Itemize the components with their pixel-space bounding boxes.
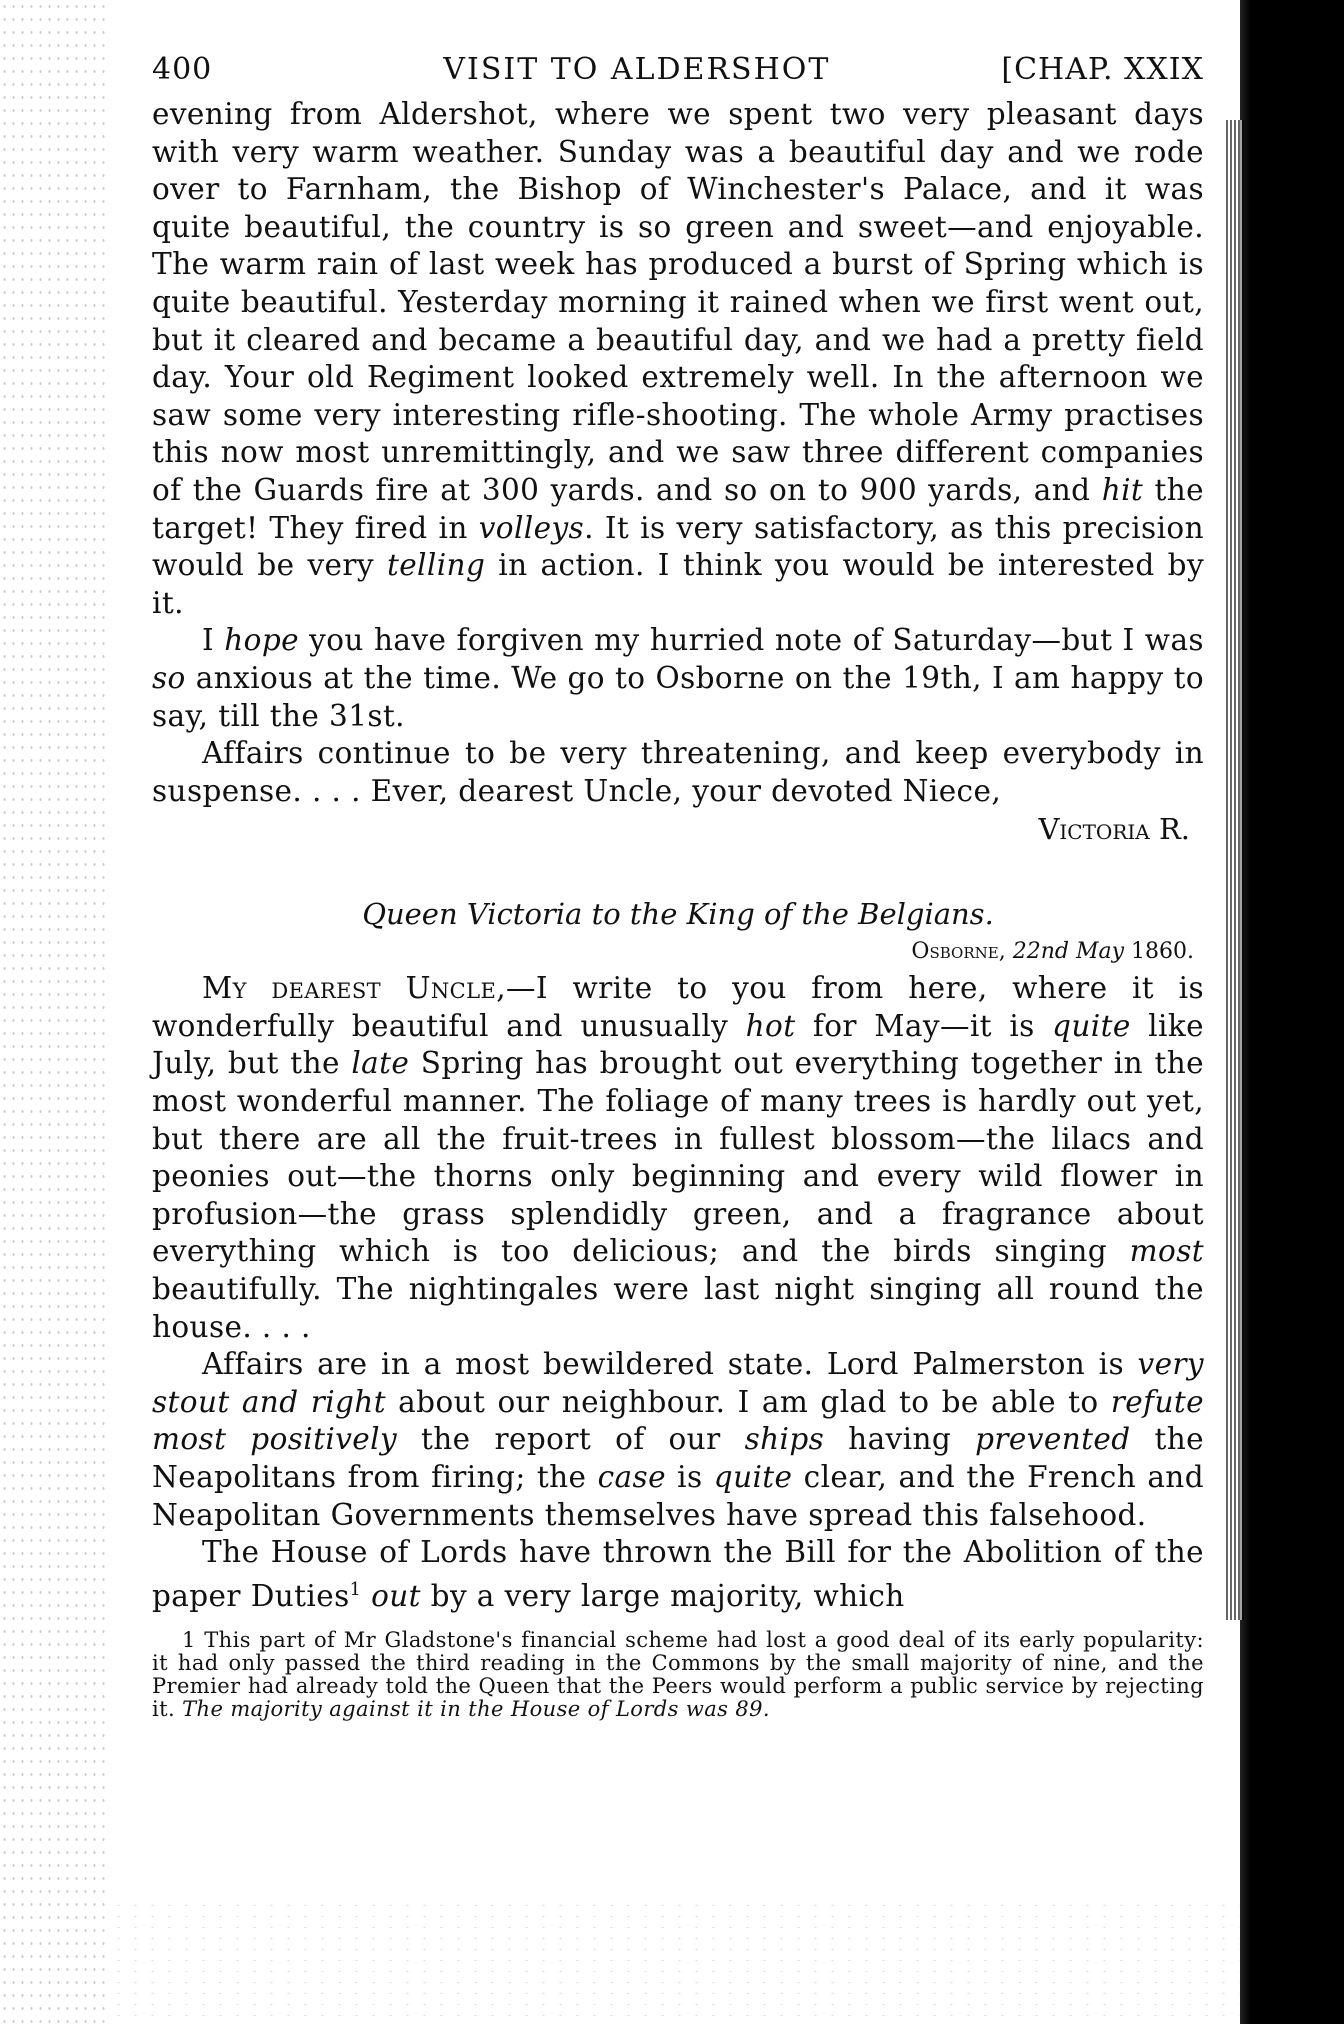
paragraph-body: —I write to you from here, where it is w… — [152, 971, 1204, 1343]
scan-margin-noise — [0, 0, 110, 2024]
paragraph: The House of Lords have thrown the Bill … — [152, 1534, 1204, 1615]
page-number: 400 — [152, 52, 212, 87]
footnotes: 1 This part of Mr Gladstone's financial … — [152, 1629, 1204, 1721]
paragraph: Affairs are in a most bewildered state. … — [152, 1346, 1204, 1534]
chapter-label: [CHAP. XXIX — [1001, 52, 1204, 87]
running-head: 400 VISIT TO ALDERSHOT [CHAP. XXIX — [152, 52, 1204, 96]
footnote-text: This part of Mr Gladstone's financial sc… — [152, 1628, 1204, 1721]
paragraph: I hope you have forgiven my hurried note… — [152, 622, 1204, 735]
book-binding-shadow — [1240, 0, 1344, 2024]
footnote: 1 This part of Mr Gladstone's financial … — [152, 1629, 1204, 1721]
scan-bottom-noise — [110, 1900, 1240, 2024]
dateline-year: 1860. — [1131, 939, 1194, 964]
letter-heading: Queen Victoria to the King of the Belgia… — [152, 894, 1204, 934]
dateline-place: Osborne, — [911, 939, 1005, 964]
salutation: My dearest Uncle, — [202, 971, 506, 1005]
letter-2: Queen Victoria to the King of the Belgia… — [152, 894, 1204, 1615]
paragraph: My dearest Uncle,—I write to you from he… — [152, 970, 1204, 1346]
dateline: Osborne, 22nd May 1860. — [152, 934, 1204, 970]
signature: Victoria R. — [152, 810, 1204, 848]
paragraph: Affairs continue to be very threatening,… — [152, 735, 1204, 810]
paragraph: evening from Aldershot, where we spent t… — [152, 96, 1204, 622]
running-title: VISIT TO ALDERSHOT — [443, 52, 830, 87]
footnote-marker: 1 — [182, 1628, 196, 1652]
dateline-day-month: 22nd May — [1013, 939, 1124, 964]
book-page: 400 VISIT TO ALDERSHOT [CHAP. XXIX eveni… — [152, 52, 1204, 1721]
letter-1: evening from Aldershot, where we spent t… — [152, 96, 1204, 848]
